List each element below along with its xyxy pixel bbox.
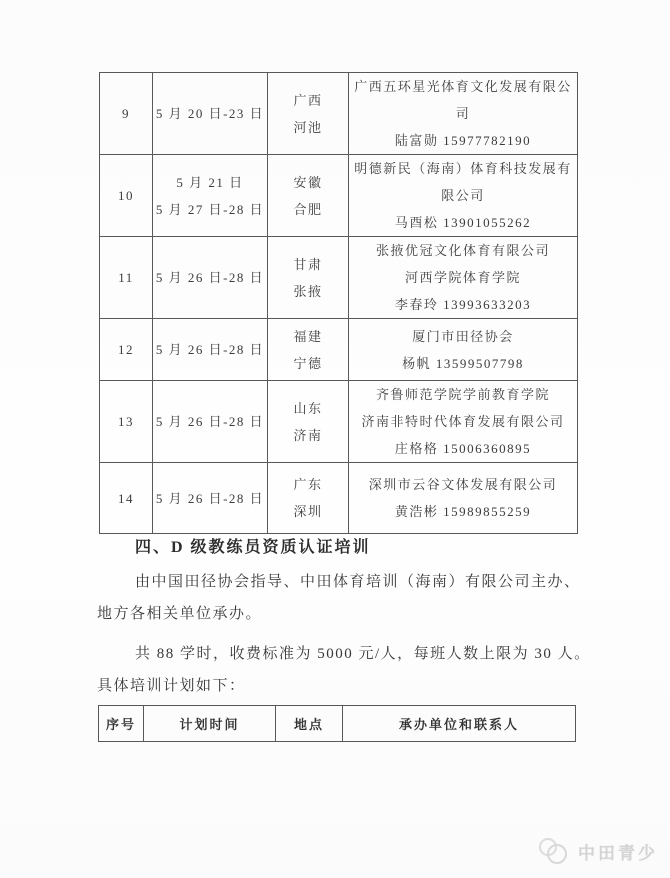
row-number: 9 (100, 73, 153, 155)
table-row: 12 5 月 26 日-28 日 福建 宁德 厦门市田径协会 杨帆 135995… (100, 319, 578, 381)
row-dates: 5 月 21 日 5 月 27 日-28 日 (153, 155, 268, 237)
header-number: 序号 (99, 706, 144, 742)
paragraph-line: 共 88 学时，收费标准为 5000 元/人，每班人数上限为 30 人。 (97, 638, 587, 670)
table-row: 13 5 月 26 日-28 日 山东 济南 齐鲁师范学院学前教育学院 济南非特… (100, 381, 578, 463)
paragraph-fees: 共 88 学时，收费标准为 5000 元/人，每班人数上限为 30 人。 具体培… (97, 638, 587, 702)
table-row: 9 5 月 20 日-23 日 广西 河池 广西五环星光体育文化发展有限公司 陆… (100, 73, 578, 155)
row-organizer: 齐鲁师范学院学前教育学院 济南非特时代体育发展有限公司 庄格格 15006360… (349, 381, 578, 463)
plan-table-header-row: 序号 计划时间 地点 承办单位和联系人 (99, 706, 576, 742)
row-location: 广东 深圳 (268, 463, 349, 534)
row-number: 14 (100, 463, 153, 534)
paragraph-line: 地方各相关单位承办。 (97, 598, 587, 630)
row-organizer: 厦门市田径协会 杨帆 13599507798 (349, 319, 578, 381)
row-location: 甘肃 张掖 (268, 237, 349, 319)
watermark: 中田青少 (536, 837, 658, 865)
zhongtian-logo-icon (536, 837, 570, 865)
paragraph-organizers: 由中国田径协会指导、中田体育培训（海南）有限公司主办、 地方各相关单位承办。 (97, 566, 587, 630)
row-organizer: 明德新民（海南）体育科技发展有限公司 马酉松 13901055262 (349, 155, 578, 237)
row-location: 广西 河池 (268, 73, 349, 155)
plan-table: 序号 计划时间 地点 承办单位和联系人 (98, 705, 576, 742)
table-row: 14 5 月 26 日-28 日 广东 深圳 深圳市云谷文体发展有限公司 黄浩彬… (100, 463, 578, 534)
table-row: 10 5 月 21 日 5 月 27 日-28 日 安徽 合肥 明德新民（海南）… (100, 155, 578, 237)
row-organizer: 深圳市云谷文体发展有限公司 黄浩彬 15989855259 (349, 463, 578, 534)
row-dates: 5 月 26 日-28 日 (153, 381, 268, 463)
row-location: 安徽 合肥 (268, 155, 349, 237)
row-organizer: 广西五环星光体育文化发展有限公司 陆富勋 15977782190 (349, 73, 578, 155)
row-organizer: 张掖优冠文化体育有限公司 河西学院体育学院 李春玲 13993633203 (349, 237, 578, 319)
row-number: 13 (100, 381, 153, 463)
row-location: 福建 宁德 (268, 319, 349, 381)
header-planned-time: 计划时间 (144, 706, 276, 742)
header-location: 地点 (276, 706, 343, 742)
row-dates: 5 月 20 日-23 日 (153, 73, 268, 155)
row-dates: 5 月 26 日-28 日 (153, 237, 268, 319)
training-schedule-table: 9 5 月 20 日-23 日 广西 河池 广西五环星光体育文化发展有限公司 陆… (99, 72, 578, 534)
row-number: 11 (100, 237, 153, 319)
row-dates: 5 月 26 日-28 日 (153, 319, 268, 381)
paragraph-line: 具体培训计划如下： (97, 670, 587, 702)
header-organizer-contact: 承办单位和联系人 (343, 706, 576, 742)
row-location: 山东 济南 (268, 381, 349, 463)
paragraph-line: 由中国田径协会指导、中田体育培训（海南）有限公司主办、 (97, 566, 587, 598)
row-number: 10 (100, 155, 153, 237)
row-number: 12 (100, 319, 153, 381)
table-row: 11 5 月 26 日-28 日 甘肃 张掖 张掖优冠文化体育有限公司 河西学院… (100, 237, 578, 319)
section-heading: 四、D 级教练员资质认证培训 (135, 534, 371, 557)
row-dates: 5 月 26 日-28 日 (153, 463, 268, 534)
document-page: 9 5 月 20 日-23 日 广西 河池 广西五环星光体育文化发展有限公司 陆… (0, 0, 670, 878)
watermark-text: 中田青少 (578, 839, 658, 864)
